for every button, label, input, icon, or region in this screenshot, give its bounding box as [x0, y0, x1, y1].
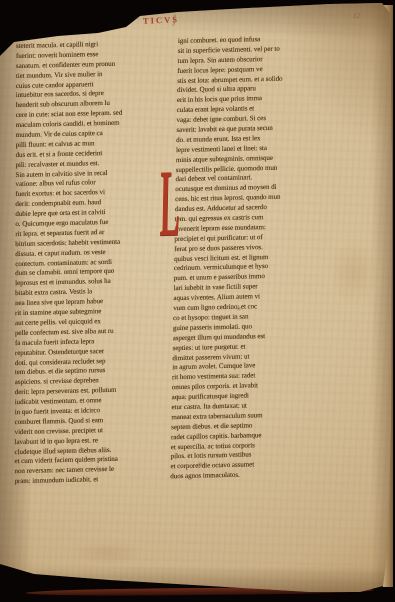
illuminated-initial-L: L [159, 157, 182, 254]
text-column-left: steterit macula. et capilli nigrifuerint… [14, 39, 156, 487]
title-flourish-mark: ʃ [172, 13, 177, 25]
parchment-stain [318, 225, 390, 320]
manuscript-page: TICVS ʃ 12 steterit macula. et capilli n… [0, 0, 395, 602]
folio-number: 12 [353, 12, 360, 20]
text-column-right: L igni comburet. eo quod infusasit in su… [170, 34, 330, 483]
manuscript-photo: TICVS ʃ 12 steterit macula. et capilli n… [0, 0, 395, 602]
parchment-stain [58, 536, 158, 570]
